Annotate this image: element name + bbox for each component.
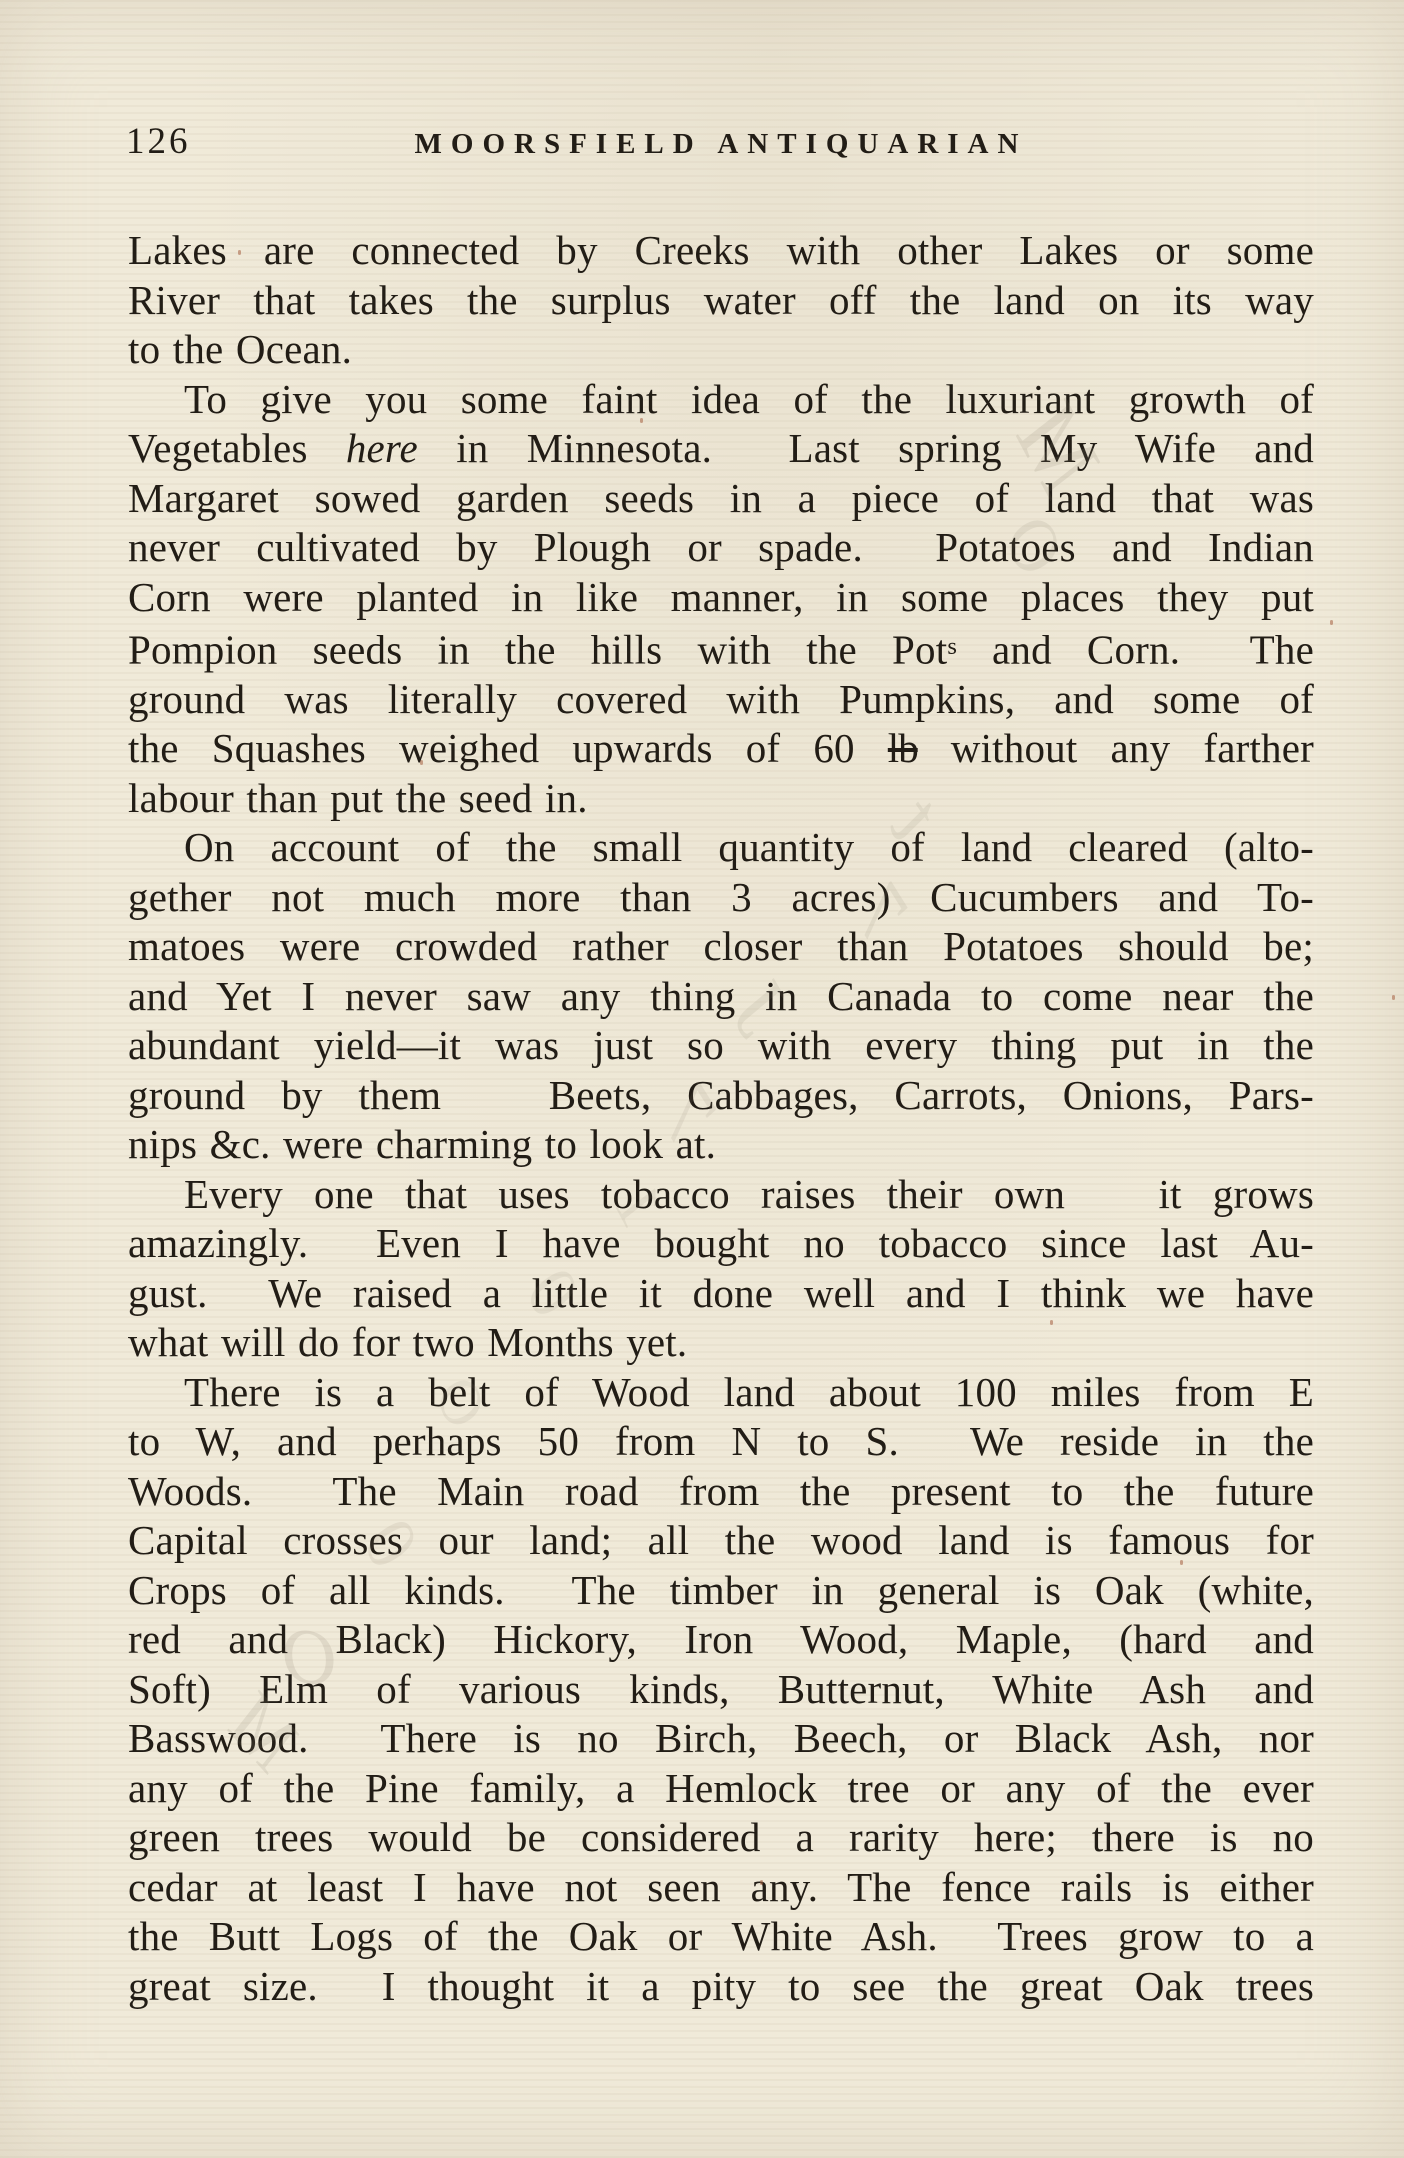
text-line: Every one that uses tobacco raises their… xyxy=(128,1170,1314,1220)
text-line: Capital crosses our land; all the wood l… xyxy=(128,1516,1314,1566)
text-line: never cultivated by Plough or spade. Pot… xyxy=(128,523,1314,573)
text-segment: the Squashes weighed upwards of 60 xyxy=(128,725,888,771)
text-line: the Squashes weighed upwards of 60 lb wi… xyxy=(128,724,1314,774)
paper-speck xyxy=(1180,1560,1183,1565)
book-page-scan: 126 MOORSFIELD ANTIQUARIAN Lakes are con… xyxy=(0,0,1404,2158)
text-line: Corn were planted in like manner, in som… xyxy=(128,573,1314,623)
text-line: Lakes are connected by Creeks with other… xyxy=(128,226,1314,276)
text-line: Basswood. There is no Birch, Beech, or B… xyxy=(128,1714,1314,1764)
text-line: To give you some faint idea of the luxur… xyxy=(128,375,1314,425)
paper-speck xyxy=(420,760,423,765)
text-line: matoes were crowded rather closer than P… xyxy=(128,922,1314,972)
text-segment: nips &c. were charming to look at. xyxy=(128,1121,716,1167)
text-segment: labour than put the seed in. xyxy=(128,775,588,821)
text-segment: Vegetables xyxy=(128,425,346,471)
text-segment: To give you some faint idea of the luxur… xyxy=(184,376,1314,422)
text-line: red and Black) Hickory, Iron Wood, Maple… xyxy=(128,1615,1314,1665)
text-line: gust. We raised a little it done well an… xyxy=(128,1269,1314,1319)
text-line: great size. I thought it a pity to see t… xyxy=(128,1962,1314,2012)
text-line: Soft) Elm of various kinds, Butternut, W… xyxy=(128,1665,1314,1715)
text-line: Pompion seeds in the hills with the Pots… xyxy=(128,622,1314,675)
text-segment: Crops of all kinds. The timber in genera… xyxy=(128,1567,1314,1613)
text-segment: On account of the small quantity of land… xyxy=(184,824,1314,870)
text-segment: without any farther xyxy=(918,725,1314,771)
pound-weight-symbol: lb xyxy=(888,725,918,771)
text-segment: gether not much more than 3 acres) Cucum… xyxy=(128,874,1314,920)
text-segment: green trees would be considered a rarity… xyxy=(128,1814,1314,1860)
text-line: nips &c. were charming to look at. xyxy=(128,1120,1314,1170)
italic-word: here xyxy=(346,425,418,471)
text-line: labour than put the seed in. xyxy=(128,774,1314,824)
letter-body-text: Lakes are connected by Creeks with other… xyxy=(128,226,1314,2011)
text-line: ground by them Beets, Cabbages, Carrots,… xyxy=(128,1071,1314,1121)
text-line: green trees would be considered a rarity… xyxy=(128,1813,1314,1863)
text-line: gether not much more than 3 acres) Cucum… xyxy=(128,873,1314,923)
text-segment: Basswood. There is no Birch, Beech, or B… xyxy=(128,1715,1314,1761)
text-segment: and Yet I never saw any thing in Canada … xyxy=(128,973,1314,1019)
text-segment: ground was literally covered with Pumpki… xyxy=(128,676,1314,722)
text-segment: ground by them Beets, Cabbages, Carrots,… xyxy=(128,1072,1314,1118)
text-segment: Lakes are connected by Creeks with other… xyxy=(128,227,1314,273)
text-segment: abundant yield—it was just so with every… xyxy=(128,1022,1314,1068)
text-segment: what will do for two Months yet. xyxy=(128,1319,687,1365)
text-segment: There is a belt of Wood land about 100 m… xyxy=(184,1369,1314,1415)
text-line: Vegetables here in Minnesota. Last sprin… xyxy=(128,424,1314,474)
text-segment: great size. I thought it a pity to see t… xyxy=(128,1963,1314,2009)
text-segment: Margaret sowed garden seeds in a piece o… xyxy=(128,475,1314,521)
superscript-letter: s xyxy=(947,633,957,660)
text-segment: in Minnesota. Last spring My Wife and xyxy=(418,425,1314,471)
text-line: any of the Pine family, a Hemlock tree o… xyxy=(128,1764,1314,1814)
paper-speck xyxy=(1392,995,1395,1000)
text-line: Woods. The Main road from the present to… xyxy=(128,1467,1314,1517)
text-line: amazingly. Even I have bought no tobacco… xyxy=(128,1219,1314,1269)
text-segment: Soft) Elm of various kinds, Butternut, W… xyxy=(128,1666,1314,1712)
text-segment: to W, and perhaps 50 from N to S. We res… xyxy=(128,1418,1314,1464)
paper-speck xyxy=(238,250,241,255)
text-line: what will do for two Months yet. xyxy=(128,1318,1314,1368)
text-segment: Pompion seeds in the hills with the Pot xyxy=(128,626,947,672)
paper-speck xyxy=(1330,620,1333,625)
text-line: River that takes the surplus water off t… xyxy=(128,276,1314,326)
text-segment: Capital crosses our land; all the wood l… xyxy=(128,1517,1314,1563)
text-line: to W, and perhaps 50 from N to S. We res… xyxy=(128,1417,1314,1467)
paper-speck xyxy=(1050,1320,1053,1325)
text-line: cedar at least I have not seen any. The … xyxy=(128,1863,1314,1913)
text-line: and Yet I never saw any thing in Canada … xyxy=(128,972,1314,1022)
text-segment: never cultivated by Plough or spade. Pot… xyxy=(128,524,1314,570)
text-segment: Corn were planted in like manner, in som… xyxy=(128,574,1314,620)
text-segment: red and Black) Hickory, Iron Wood, Maple… xyxy=(128,1616,1314,1662)
text-segment: gust. We raised a little it done well an… xyxy=(128,1270,1314,1316)
text-segment: to the Ocean. xyxy=(128,326,352,372)
text-line: abundant yield—it was just so with every… xyxy=(128,1021,1314,1071)
running-title: MOORSFIELD ANTIQUARIAN xyxy=(128,128,1314,161)
paper-speck xyxy=(640,418,643,423)
text-segment: Every one that uses tobacco raises their… xyxy=(184,1171,1314,1217)
text-line: the Butt Logs of the Oak or White Ash. T… xyxy=(128,1912,1314,1962)
text-line: Crops of all kinds. The timber in genera… xyxy=(128,1566,1314,1616)
paper-speck xyxy=(760,1880,763,1885)
text-line: On account of the small quantity of land… xyxy=(128,823,1314,873)
text-segment: Woods. The Main road from the present to… xyxy=(128,1468,1314,1514)
text-line: to the Ocean. xyxy=(128,325,1314,375)
text-segment: cedar at least I have not seen any. The … xyxy=(128,1864,1314,1910)
text-segment: the Butt Logs of the Oak or White Ash. T… xyxy=(128,1913,1314,1959)
text-line: ground was literally covered with Pumpki… xyxy=(128,675,1314,725)
text-segment: any of the Pine family, a Hemlock tree o… xyxy=(128,1765,1314,1811)
text-line: Margaret sowed garden seeds in a piece o… xyxy=(128,474,1314,524)
text-segment: amazingly. Even I have bought no tobacco… xyxy=(128,1220,1314,1266)
text-line: There is a belt of Wood land about 100 m… xyxy=(128,1368,1314,1418)
text-segment: matoes were crowded rather closer than P… xyxy=(128,923,1314,969)
text-segment: River that takes the surplus water off t… xyxy=(128,277,1314,323)
text-segment: and Corn. The xyxy=(957,626,1314,672)
